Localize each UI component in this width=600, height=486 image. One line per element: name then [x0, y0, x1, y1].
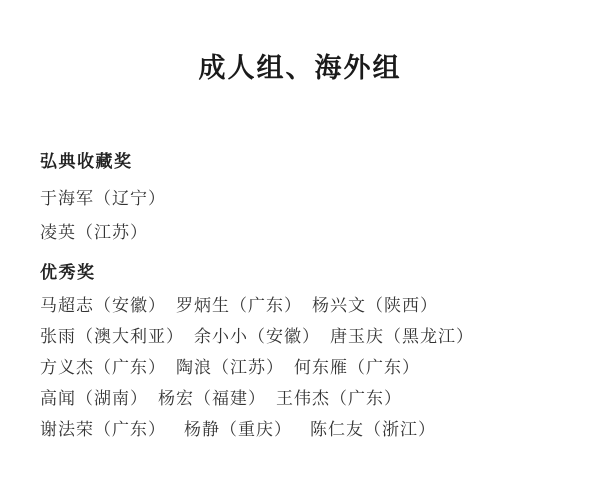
- winner-row: 方义杰（广东） 陶浪（江苏） 何东雁（广东）: [40, 357, 570, 378]
- winner-name: 杨兴文（陕西）: [312, 295, 438, 316]
- winner-name: 陈仁友（浙江）: [310, 419, 436, 440]
- winner-name: 杨静（重庆）: [184, 419, 292, 440]
- winner-name: 于海军（辽宁）: [40, 188, 166, 209]
- winner-name: 方义杰（广东）: [40, 357, 166, 378]
- winner-name: 罗炳生（广东）: [176, 295, 302, 316]
- winner-name: 杨宏（福建）: [158, 388, 266, 409]
- document-page: 成人组、海外组 弘典收藏奖 于海军（辽宁） 凌英（江苏） 优秀奖 马超志（安徽）…: [0, 0, 600, 486]
- section-collection-award: 弘典收藏奖 于海军（辽宁） 凌英（江苏）: [40, 152, 570, 243]
- winner-row: 高闻（湖南） 杨宏（福建） 王伟杰（广东）: [40, 388, 570, 409]
- winner-row: 凌英（江苏）: [40, 222, 570, 243]
- winner-row: 谢法荣（广东） 杨静（重庆） 陈仁友（浙江）: [40, 419, 570, 440]
- winner-name: 陶浪（江苏）: [176, 357, 284, 378]
- winner-name: 凌英（江苏）: [40, 222, 148, 243]
- winner-name: 马超志（安徽）: [40, 295, 166, 316]
- winner-row: 于海军（辽宁）: [40, 188, 570, 209]
- section-excellence-award: 优秀奖 马超志（安徽） 罗炳生（广东） 杨兴文（陕西） 张雨（澳大利亚） 余小小…: [40, 263, 570, 440]
- section-heading-collection-award: 弘典收藏奖: [40, 152, 570, 172]
- winner-name: 谢法荣（广东）: [40, 419, 166, 440]
- page-title: 成人组、海外组: [0, 0, 600, 85]
- winner-name: 王伟杰（广东）: [276, 388, 402, 409]
- winner-name: 唐玉庆（黑龙江）: [330, 326, 474, 347]
- winner-name: 何东雁（广东）: [294, 357, 420, 378]
- winner-row: 张雨（澳大利亚） 余小小（安徽） 唐玉庆（黑龙江）: [40, 326, 570, 347]
- winner-name: 张雨（澳大利亚）: [40, 326, 184, 347]
- award-list: 弘典收藏奖 于海军（辽宁） 凌英（江苏） 优秀奖 马超志（安徽） 罗炳生（广东）…: [0, 152, 600, 440]
- winner-row: 马超志（安徽） 罗炳生（广东） 杨兴文（陕西）: [40, 295, 570, 316]
- winner-name: 余小小（安徽）: [194, 326, 320, 347]
- section-heading-excellence-award: 优秀奖: [40, 263, 570, 283]
- winner-name: 高闻（湖南）: [40, 388, 148, 409]
